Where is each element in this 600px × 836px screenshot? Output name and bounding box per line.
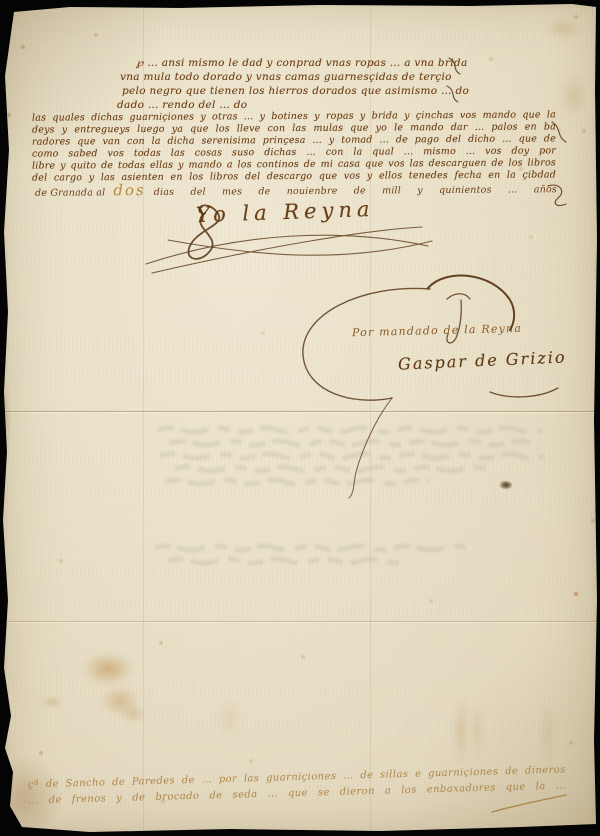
manuscript-line: ℘ … ansi mismo le dad y conprad vnas rop…	[136, 57, 468, 69]
stain	[120, 705, 146, 723]
manuscript-line: pelo negro que tienen los hierros dorado…	[122, 85, 469, 97]
stain-drip	[540, 700, 556, 764]
date-line: de Granada al dos dias del mes de nouien…	[35, 180, 557, 200]
ink-blot	[500, 481, 512, 489]
fold-crease-horizontal-lower	[0, 621, 600, 623]
manuscript-line: dado … rendo del … do	[117, 99, 247, 111]
date-line-prefix: de Granada al	[35, 187, 105, 199]
stain	[82, 652, 134, 686]
stain-drip	[452, 695, 470, 767]
royal-rubric-strokes	[146, 227, 432, 273]
stain	[216, 698, 242, 740]
authorization-line: Por mandado de la Reyna	[352, 322, 522, 339]
manuscript-scan: ℘ … ansi mismo le dad y conprad vnas rop…	[0, 0, 600, 836]
docket-flourish	[492, 795, 566, 812]
inserted-day-word: dos	[113, 183, 145, 197]
docket-note: çª de Sancho de Paredes de … por las gua…	[28, 762, 567, 809]
stain	[558, 74, 588, 118]
stain	[546, 18, 582, 40]
foxing-spots	[0, 0, 2, 2]
royal-signature: Yo la Reyna	[196, 197, 375, 227]
manuscript-page: ℘ … ansi mismo le dad y conprad vnas rop…	[0, 0, 600, 836]
stain	[42, 696, 64, 708]
fold-crease-horizontal-upper	[0, 411, 600, 413]
secretary-signature: Gaspar de Grizio	[398, 348, 567, 373]
edge-smudge	[0, 388, 10, 452]
manuscript-line: vna mula todo dorado y vnas camas guarne…	[120, 71, 452, 83]
stain-drip	[470, 700, 484, 760]
secretary-rubric-flourish	[303, 276, 558, 499]
